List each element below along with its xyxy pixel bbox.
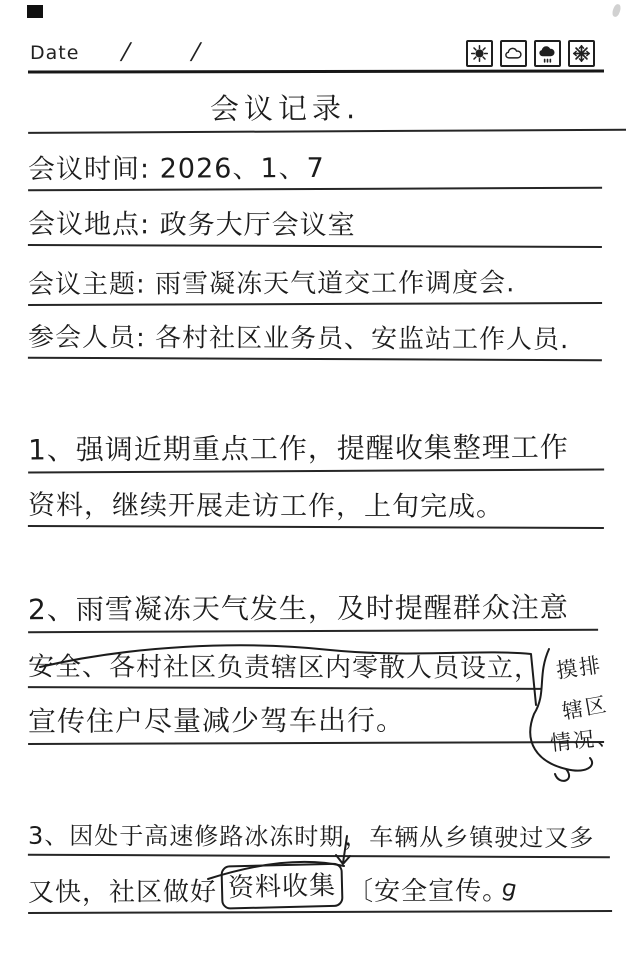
date-day-slash: / xyxy=(189,39,203,65)
section2-line2-text: 安全、各村社区负责辖区内零散人员设立， xyxy=(28,646,541,688)
header-rule xyxy=(28,69,604,73)
section2-line1: 2、雨雪凝冻天气发生，及时提醒群众注意 xyxy=(28,580,598,633)
meta-line-place: 会议地点: 政务大厅会议室 xyxy=(28,197,602,248)
meta-attendees-text: 参会人员: 各村社区业务员、安监站工作人员. xyxy=(28,317,569,359)
meta-line-attendees: 参会人员: 各村社区业务员、安监站工作人员. xyxy=(28,310,602,362)
rain-icon xyxy=(534,40,561,67)
cloud-icon xyxy=(500,40,527,67)
sun-icon xyxy=(466,40,493,67)
meta-time-text: 会议时间: 2026、1、7 xyxy=(28,146,325,189)
section2-line3: 宣传住户尽量减少驾车出行。 xyxy=(28,692,604,745)
meta-topic-text: 会议主题: 雨雪凝冻天气道交工作调度会. xyxy=(28,262,515,304)
note-title: 会议记录. xyxy=(210,86,360,131)
section2-line1-text: 2、雨雪凝冻天气发生，及时提醒群众注意 xyxy=(28,586,569,631)
section1-line2-text: 资料，继续开展走访工作，上旬完成。 xyxy=(28,483,504,527)
section2-line2: 安全、各村社区负责辖区内零散人员设立， xyxy=(28,637,542,690)
section1-line1: 1、强调近期重点工作，提醒收集整理工作 xyxy=(28,419,604,473)
margin-note-line3: 情况、 xyxy=(549,720,621,757)
meta-place-text: 会议地点: 政务大厅会议室 xyxy=(28,202,356,245)
margin-note-line1: 摸排 xyxy=(554,649,604,685)
date-month-slash: / xyxy=(119,39,133,65)
snow-icon xyxy=(568,40,595,67)
weather-icon-row xyxy=(466,40,595,67)
section3-line2-suffix: 〔安全宣传。 xyxy=(347,870,509,911)
corner-tab-mark xyxy=(27,5,43,18)
section3-line1: 3、因处于高速修路冰冻时期，车辆从乡镇驶过又多 xyxy=(28,805,610,859)
section3-circled-phrase: 资料收集 xyxy=(220,863,343,910)
scan-artifact xyxy=(611,3,622,18)
section3-line2-prefix: 又快，社区做好 xyxy=(28,871,217,912)
date-label: Date xyxy=(30,42,79,64)
section2-line3-text: 宣传住户尽量减少驾车出行。 xyxy=(28,699,405,743)
meta-line-time: 会议时间: 2026、1、7 xyxy=(28,140,602,192)
section3-line2: 又快，社区做好 资料收集 〔安全宣传。 xyxy=(28,860,612,914)
notebook-page: Date / / xyxy=(0,0,626,960)
section1-line2: 资料，继续开展走访工作，上旬完成。 xyxy=(28,476,604,529)
note-title-line: 会议记录. xyxy=(28,82,626,134)
meta-line-topic: 会议主题: 雨雪凝冻天气道交工作调度会. xyxy=(28,255,602,306)
section3-line1-text: 3、因处于高速修路冰冻时期，车辆从乡镇驶过又多 xyxy=(28,816,594,856)
section1-line1-text: 1、强调近期重点工作，提醒收集整理工作 xyxy=(28,426,569,472)
